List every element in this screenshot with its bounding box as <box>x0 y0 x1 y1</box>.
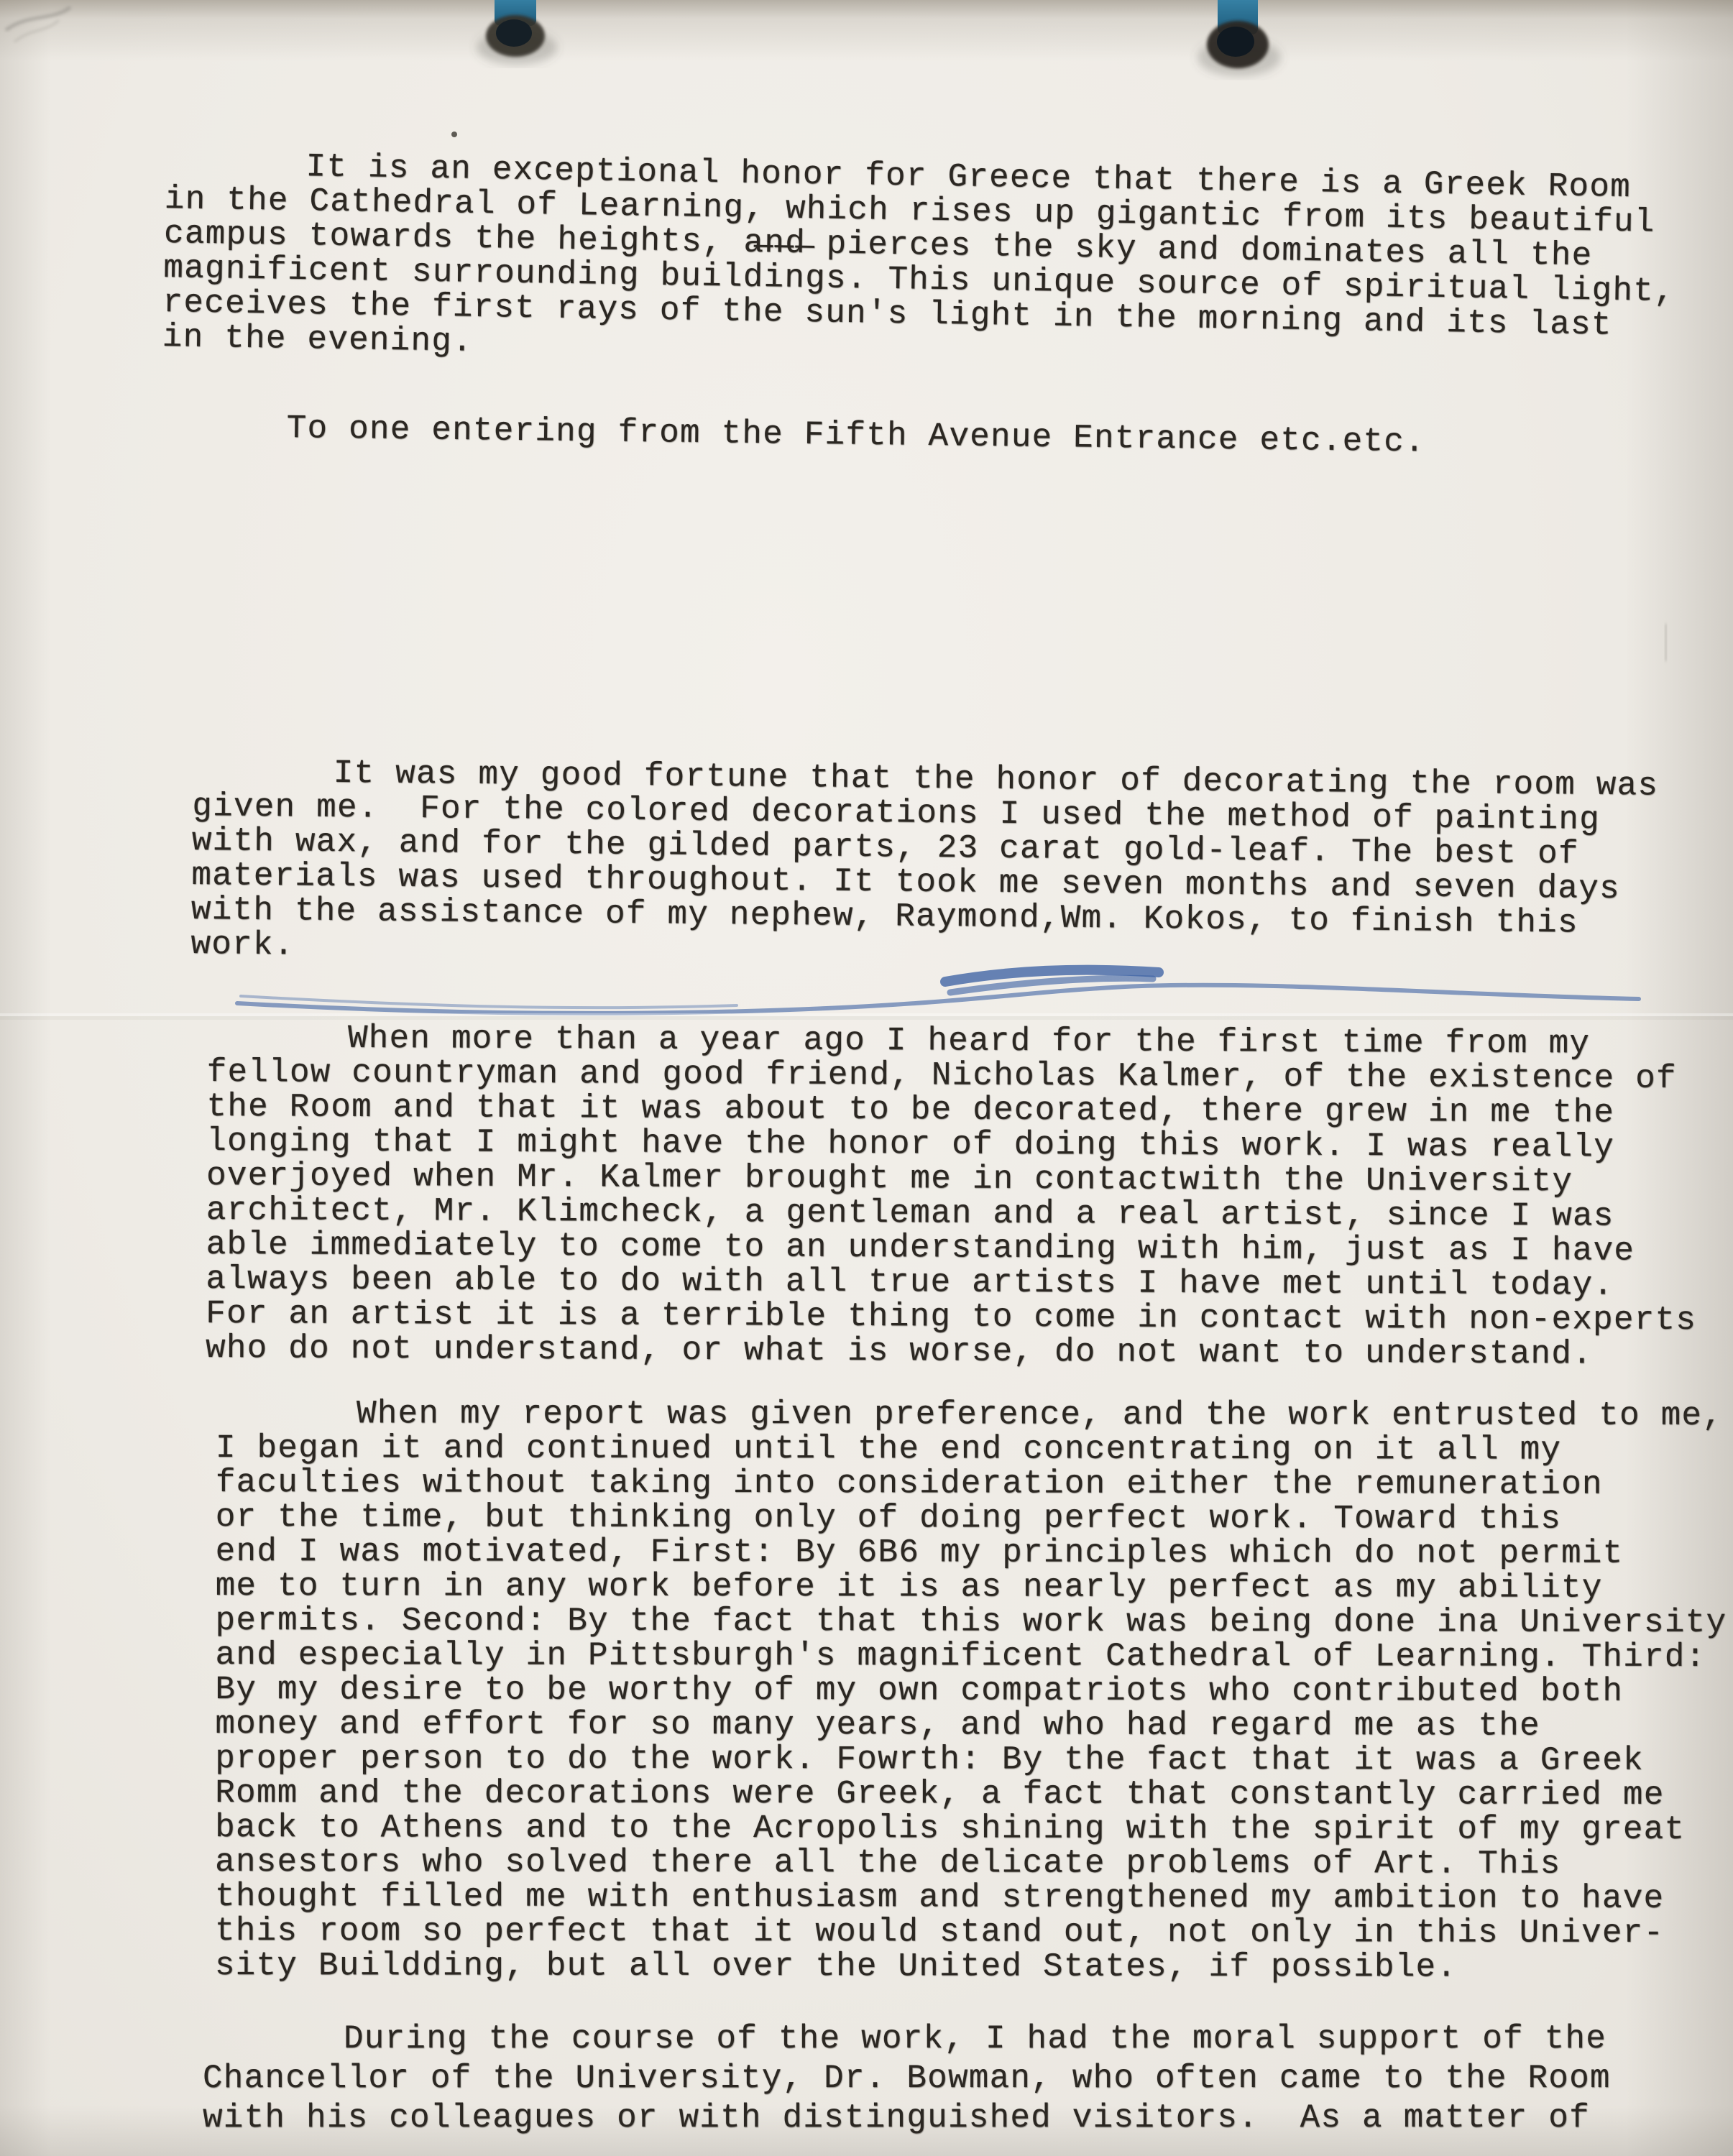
text-line: thought filled me with enthusiasm and st… <box>215 1879 1727 1916</box>
text-line: sity Buildding, but all over the United … <box>215 1948 1727 1985</box>
text-line: me to turn in any work before it is as n… <box>216 1569 1727 1606</box>
text-line: By my desire to be worthy of my own comp… <box>215 1672 1727 1709</box>
text-line: and especially in Pittsburgh's magnifice… <box>215 1638 1727 1674</box>
text-line: with his colleagues or with distinguishe… <box>203 2099 1611 2138</box>
text-line: Romm and the decorations were Greek, a f… <box>215 1776 1727 1812</box>
text-line: permits. Second: By the fact that this w… <box>216 1603 1727 1640</box>
photographed-typewritten-page: { "document": { "description_label": "Ty… <box>0 0 1733 2156</box>
paragraph-5: When my report was given preference, and… <box>215 1396 1727 1985</box>
paragraph-4: When more than a year ago I heard for th… <box>206 1021 1698 1372</box>
text-line: When my report was given preference, and… <box>216 1396 1727 1433</box>
text-line: Chancellor of the University, Dr. Bowman… <box>203 2059 1611 2099</box>
text-line: ansestors who solved there all the delic… <box>215 1845 1727 1881</box>
paragraph-1: It is an exceptional honor for Greece th… <box>162 147 1676 378</box>
text-line: this room so perfect that it would stand… <box>215 1914 1727 1950</box>
paragraph-6: During the course of the work, I had the… <box>203 2019 1611 2138</box>
text-line: who do not understand, or what is worse,… <box>206 1331 1696 1372</box>
paragraph-3: It was my good fortune that the honor of… <box>190 755 1658 976</box>
text-line: or the time, but thinking only of doing … <box>216 1500 1727 1537</box>
text-line: end I was motivated, First: By 6B6 my pr… <box>216 1534 1727 1571</box>
text-line: During the course of the work, I had the… <box>203 2019 1611 2059</box>
text-line: I began it and continued until the end c… <box>216 1431 1727 1468</box>
text-line: faculties without taking into considerat… <box>216 1465 1727 1502</box>
text-line: money and effort for so many years, and … <box>215 1707 1727 1743</box>
text-line: back to Athens and to the Acropolis shin… <box>215 1810 1727 1847</box>
text-line: proper person to do the work. Fowrth: By… <box>215 1741 1727 1778</box>
